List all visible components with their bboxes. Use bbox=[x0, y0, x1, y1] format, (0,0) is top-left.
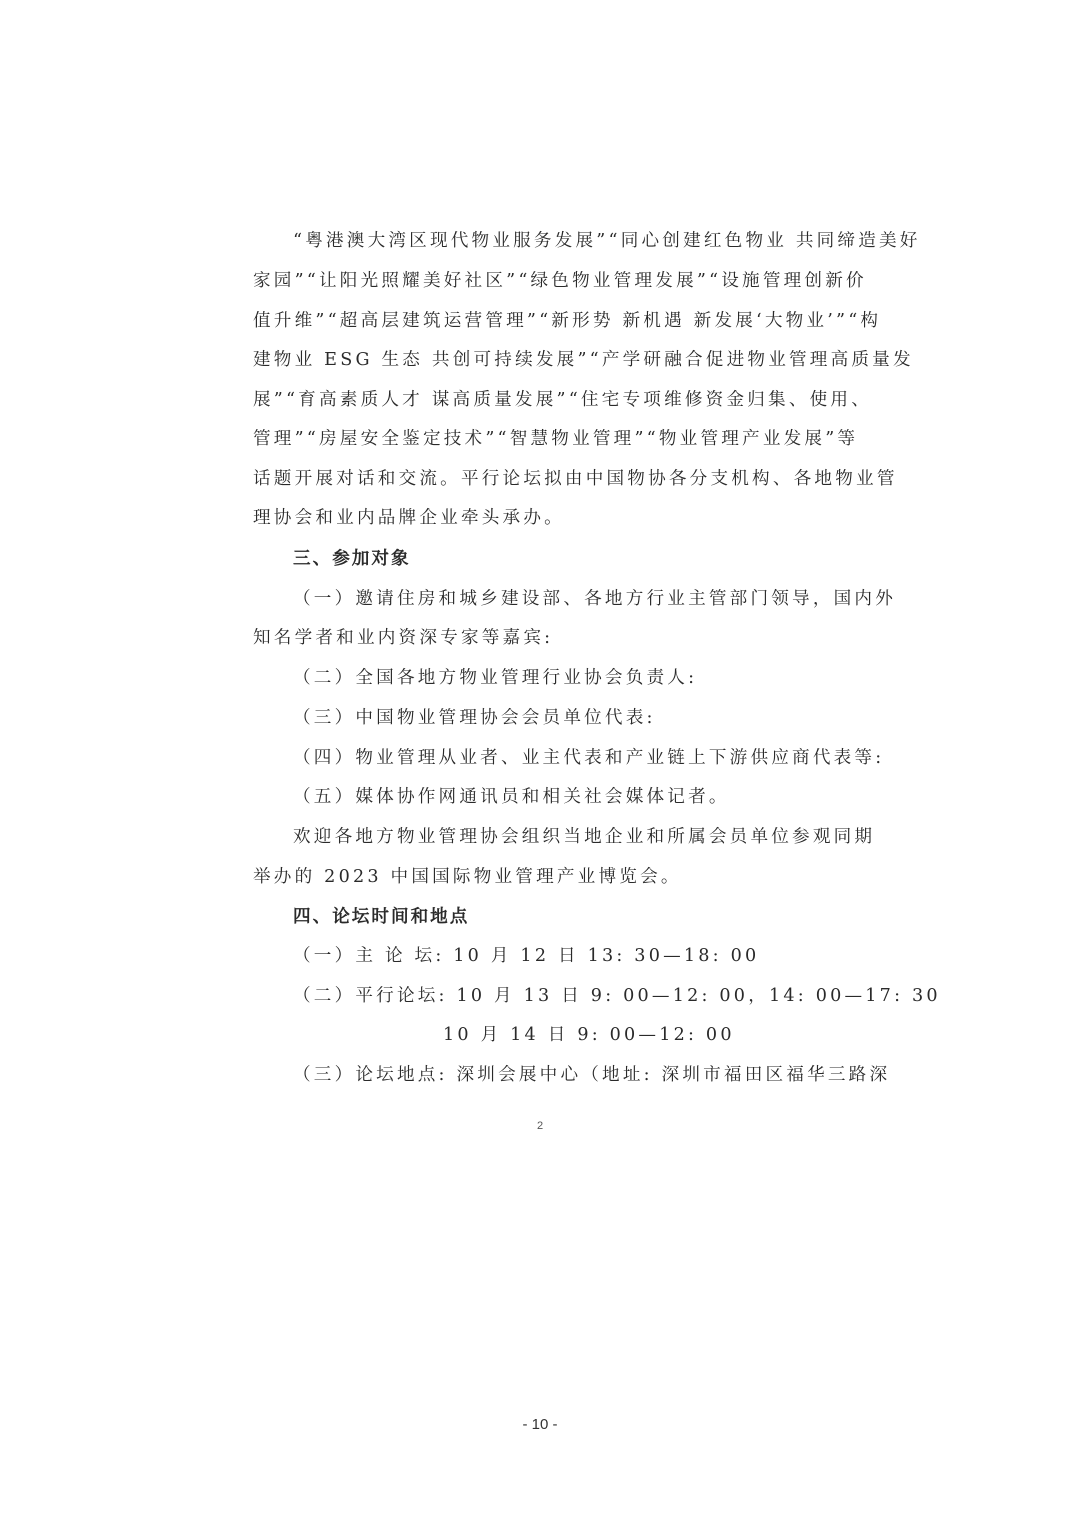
section4-parallel-forum-line2: 10 月 14 日 9: 00—12: 00 bbox=[443, 1020, 735, 1050]
section3-item2: （二）全国各地方物业管理行业协会负责人: bbox=[293, 663, 697, 693]
section3-heading: 三、参加对象 bbox=[293, 544, 411, 574]
section4-heading: 四、论坛时间和地点 bbox=[293, 902, 469, 932]
inner-page-number: 2 bbox=[0, 1120, 1080, 1132]
topics-line-3: 值升维”“超高层建筑运营管理”“新形势 新机遇 新发展‘大物业’”“构 bbox=[253, 306, 881, 336]
topics-line-2: 家园”“让阳光照耀美好社区”“绿色物业管理发展”“设施管理创新价 bbox=[253, 266, 867, 296]
topics-line-7: 话题开展对话和交流。平行论坛拟由中国物协各分支机构、各地物业管 bbox=[253, 464, 898, 494]
section4-parallel-forum-line1: （二）平行论坛: 10 月 13 日 9: 00—12: 00，14: 00—1… bbox=[293, 981, 941, 1011]
section3-item4: （四）物业管理从业者、业主代表和产业链上下游供应商代表等: bbox=[293, 743, 884, 773]
topics-line-4: 建物业 ESG 生态 共创可持续发展”“产学研融合促进物业管理高质量发 bbox=[253, 345, 914, 375]
topics-line-1: “粤港澳大湾区现代物业服务发展”“同心创建红色物业 共同缔造美好 bbox=[293, 226, 921, 256]
outer-page-number: - 10 - bbox=[0, 1416, 1080, 1433]
section3-welcome-line1: 欢迎各地方物业管理协会组织当地企业和所属会员单位参观同期 bbox=[293, 822, 875, 852]
section3-item1-line2: 知名学者和业内资深专家等嘉宾: bbox=[253, 623, 553, 653]
section3-item3: （三）中国物业管理协会会员单位代表: bbox=[293, 703, 656, 733]
section3-item1-line1: （一）邀请住房和城乡建设部、各地方行业主管部门领导，国内外 bbox=[293, 584, 896, 614]
document-page: “粤港澳大湾区现代物业服务发展”“同心创建红色物业 共同缔造美好 家园”“让阳光… bbox=[0, 0, 1080, 1527]
section4-venue: （三）论坛地点: 深圳会展中心（地址: 深圳市福田区福华三路深 bbox=[293, 1060, 890, 1090]
section4-main-forum: （一）主 论 坛: 10 月 12 日 13: 30—18: 00 bbox=[293, 941, 759, 971]
topics-line-8: 理协会和业内品牌企业牵头承办。 bbox=[253, 503, 565, 533]
section3-welcome-line2: 举办的 2023 中国国际物业管理产业博览会。 bbox=[253, 862, 682, 892]
topics-line-6: 管理”“房屋安全鉴定技术”“智慧物业管理”“物业管理产业发展”等 bbox=[253, 424, 858, 454]
section3-item5: （五）媒体协作网通讯员和相关社会媒体记者。 bbox=[293, 782, 730, 812]
topics-line-5: 展”“育高素质人才 谋高质量发展”“住宅专项维修资金归集、使用、 bbox=[253, 385, 872, 415]
